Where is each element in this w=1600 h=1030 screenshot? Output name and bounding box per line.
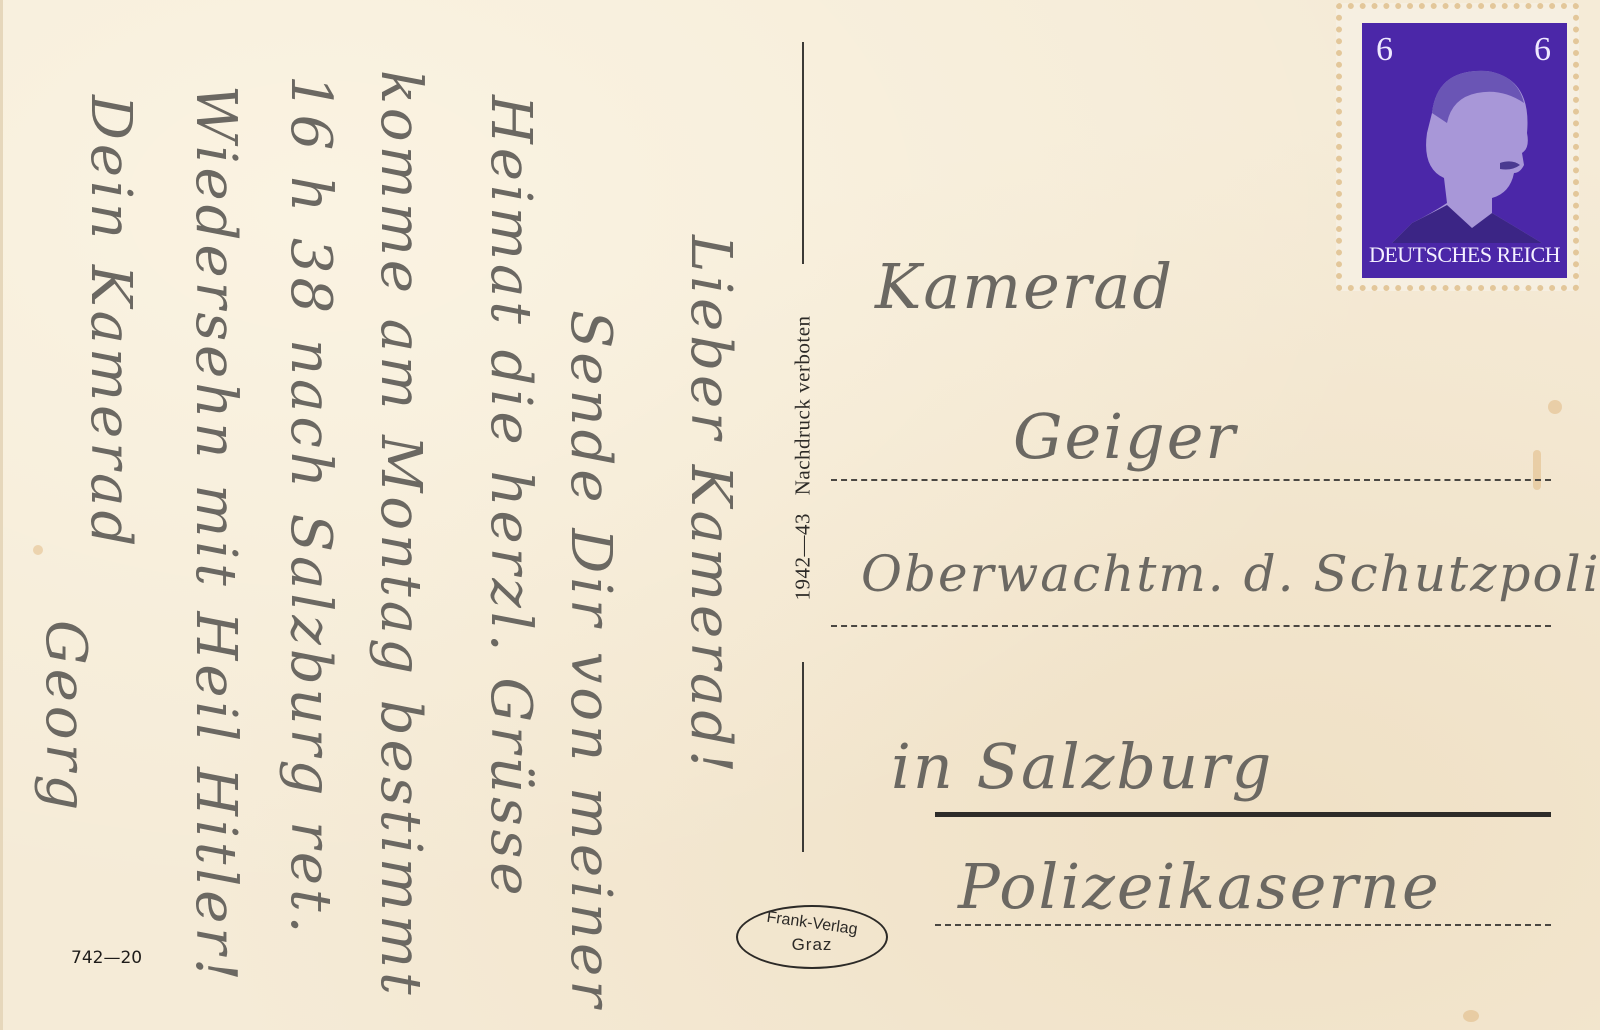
reprint-notice: Nachdruck verboten — [791, 315, 815, 495]
address-recipient-title: Kamerad — [875, 250, 1174, 323]
stamp-value-left: 6 — [1376, 31, 1393, 69]
message-line: Dein Kamerad — [78, 95, 143, 550]
message-line: komme am Montag bestimmt — [368, 70, 433, 999]
address-line — [831, 479, 1551, 481]
message-line: Heimat die herzl. Grüsse — [478, 95, 543, 900]
message-line: Wiedersehn mit Heil Hitler! — [183, 85, 248, 985]
imprint-notice: 1942—43 Nachdruck verboten — [791, 315, 816, 600]
address-line-underline — [935, 812, 1551, 817]
portrait-icon — [1392, 53, 1542, 243]
stamp-image: 6 6 DEUTSCHES REICH — [1362, 23, 1567, 278]
address-recipient-name: Geiger — [1013, 400, 1237, 473]
address-city: in Salzburg — [891, 730, 1273, 803]
publisher-stamp: Frank-Verlag Graz — [736, 905, 888, 969]
imprint-year: 1942—43 — [791, 513, 815, 601]
postcard-back: 6 6 DEUTSCHES REICH 1942—43 Nachdruck ve… — [0, 0, 1600, 1030]
address-line — [935, 924, 1551, 926]
message-signature: Georg — [33, 620, 98, 814]
stain — [33, 545, 43, 555]
address-line — [831, 625, 1551, 627]
address-rank: Oberwachtm. d. Schutzpolizei — [861, 545, 1600, 603]
card-number: 742—20 — [71, 948, 142, 968]
stain — [1463, 1010, 1479, 1022]
divider-line — [802, 662, 804, 852]
address-building: Polizeikaserne — [958, 850, 1441, 923]
stain — [1548, 400, 1562, 414]
message-line: Sende Dir von meiner — [558, 310, 623, 1011]
divider-line — [802, 42, 804, 264]
postage-stamp: 6 6 DEUTSCHES REICH — [1336, 3, 1579, 291]
message-line: 16 h 38 nach Salzburg ret. — [278, 75, 343, 937]
message-line: Lieber Kamerad! — [678, 235, 743, 777]
stain — [1533, 450, 1541, 490]
stamp-caption: DEUTSCHES REICH — [1362, 242, 1567, 268]
